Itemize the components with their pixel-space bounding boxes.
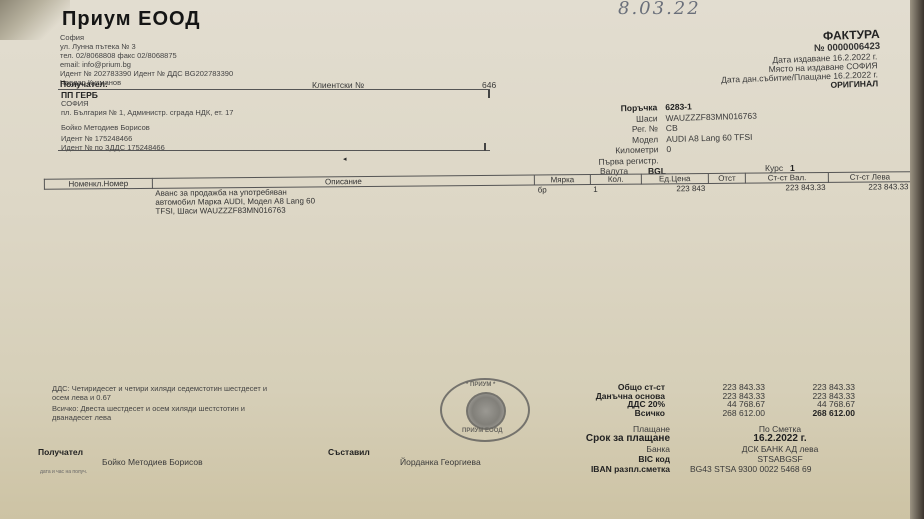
reg-value: CB [666,123,678,134]
box-marker [484,143,486,151]
col-unit: Мярка [535,175,591,185]
bic-label: BIC код [480,454,670,464]
issuer-ids: Идент № 202783390 Идент № ДДС BG20278339… [60,69,233,78]
due-date: 16.2.2022 г. [700,434,860,444]
invoice-page: 8.03.22 Приум ЕООД София ул. Лунна пътек… [0,0,910,519]
recipient-address: пл. България № 1, Администр. сграда НДК,… [61,108,233,117]
col-unit-price: Ед.Цена [641,173,708,184]
iban-value: BG43 STSA 9300 0022 5468 69 [690,464,890,474]
recipient-box-bottom [58,150,490,151]
iban-label: IBAN разпл.сметка [480,464,670,474]
total-row: Всичко268 612.00268 612.00 [560,409,855,418]
invoice-meta: Дата издаване 16.2.2022 г. Място на изда… [721,52,879,93]
page-edge-shadow [910,0,924,519]
bic-value: STSABGSF [700,454,860,464]
vat-in-words: ДДС: Четиридесет и четири хиляди седемст… [52,384,267,402]
total-row: ДДС 20%44 768.6744 768.67 [560,400,855,409]
issuer-street: ул. Лунна пътека № 3 [60,42,233,51]
order-block: Поръчка6283-1 ШасиWAUZZZF83MN016763 Рег.… [579,100,758,168]
items-table: Номенкл.Номер Описание Мярка Кол. Ед.Цен… [44,171,912,217]
col-qty: Кол. [590,174,641,184]
col-discount: Отст [708,173,746,183]
recipient-mol: Бойко Методиев Борисов [61,123,150,132]
issuer-city: София [60,33,233,42]
sig-recipient-label: Получател [38,447,83,457]
sig-composer-name: Йорданка Георгиева [400,457,481,467]
pointer-icon: ◂ [343,155,347,163]
total-row: Данъчна основа223 843.33223 843.33 [560,392,855,401]
bank-label: Банка [480,444,670,454]
model-value: AUDI A8 Lang 60 TFSI [666,131,753,144]
sig-recipient-note: дата и час на получ. [40,469,87,475]
recipient-city: СОФИЯ [61,99,89,108]
cell-description: Аванс за продажба на употребяван автомоб… [152,185,535,216]
km-value: 0 [666,144,671,155]
cell-unit: бр [535,185,591,213]
cell-code [44,188,152,216]
sig-composer-label: Съставил [328,447,370,457]
box-marker [488,90,490,98]
totals-block: Общо ст-ст223 843.33223 843.33 Данъчна о… [560,383,855,417]
cell-amount-cur: 223 843.33 [746,182,829,210]
recipient-ident: Идент № 175248466 [61,134,132,143]
handwritten-date: 8.03.22 [618,0,701,19]
issuer-email: email: info@prium.bg [60,60,233,69]
sig-recipient-name: Бойко Методиев Борисов [102,457,203,467]
cell-unit-price: 223 843 [641,183,708,211]
payment-block: ПлащанеПо Сметка Срок за плащане16.2.202… [480,424,890,474]
bank-name: ДСК БАНК АД лева [700,444,860,454]
due-label: Срок за плащане [480,434,670,444]
order-value: 6283-1 [665,101,692,112]
issuer-name: Приум ЕООД [62,8,201,31]
cell-qty: 1 [590,184,641,212]
issuer-phone: тел. 02/8068808 факс 02/8068875 [60,51,233,60]
cell-amount-bgn: 223 843.33 [829,182,912,210]
recipient-label: Получател: [60,79,108,89]
total-in-words: Всичко: Двеста шестдесет и осем хиляди ш… [52,404,245,422]
cell-discount [708,183,746,211]
recipient-box-top [58,89,490,90]
